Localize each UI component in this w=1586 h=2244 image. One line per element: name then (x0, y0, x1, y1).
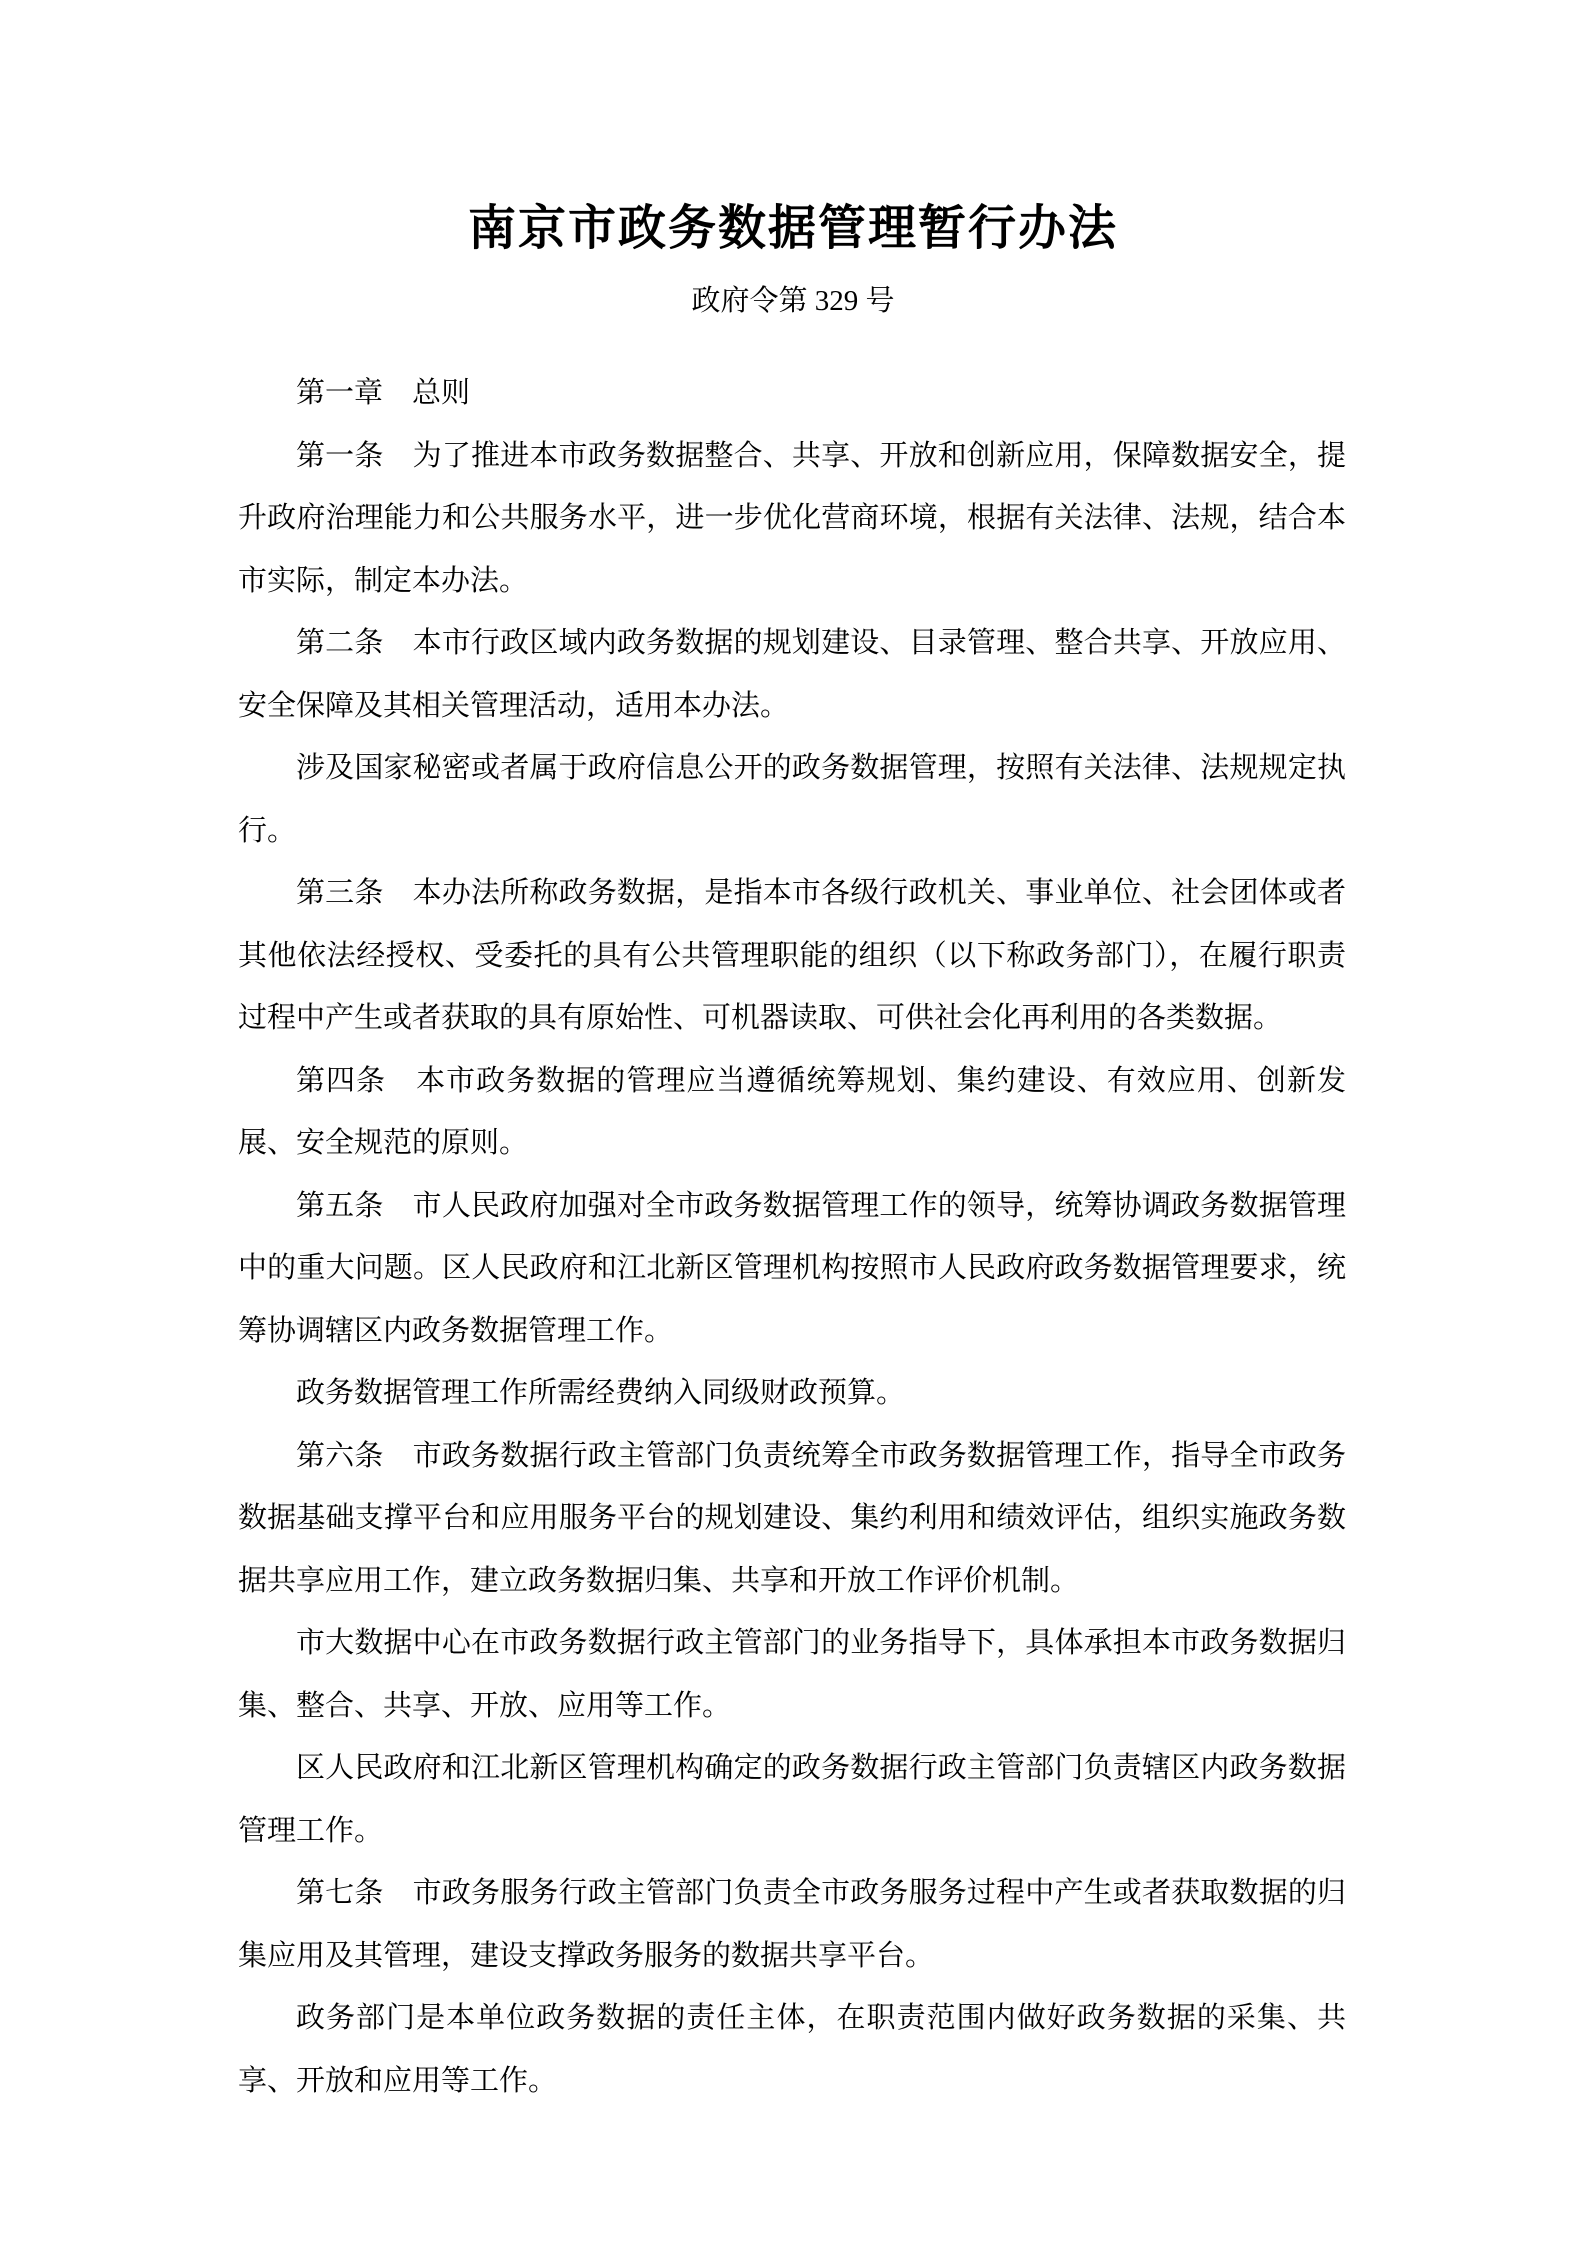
body-paragraph: 第五条 市人民政府加强对全市政务数据管理工作的领导，统筹协调政务数据管理中的重大… (238, 1175, 1346, 1363)
body-paragraph: 区人民政府和江北新区管理机构确定的政务数据行政主管部门负责辖区内政务数据管理工作… (238, 1737, 1346, 1862)
body-paragraph: 市大数据中心在市政务数据行政主管部门的业务指导下，具体承担本市政务数据归集、整合… (238, 1612, 1346, 1737)
body-paragraph: 第六条 市政务数据行政主管部门负责统筹全市政务数据管理工作，指导全市政务数据基础… (238, 1425, 1346, 1613)
body-paragraph: 第四条 本市政务数据的管理应当遵循统筹规划、集约建设、有效应用、创新发展、安全规… (238, 1050, 1346, 1175)
chapter-heading: 第一章 总则 (238, 362, 1346, 425)
body-paragraph: 第二条 本市行政区域内政务数据的规划建设、目录管理、整合共享、开放应用、安全保障… (238, 612, 1346, 737)
body-paragraph: 第三条 本办法所称政务数据，是指本市各级行政机关、事业单位、社会团体或者其他依法… (238, 862, 1346, 1050)
document-title: 南京市政务数据管理暂行办法 (0, 0, 1586, 258)
document-page: 南京市政务数据管理暂行办法 政府令第 329 号 第一章 总则第一条 为了推进本… (0, 0, 1586, 2244)
body-paragraph: 政务数据管理工作所需经费纳入同级财政预算。 (238, 1362, 1346, 1425)
body-paragraph: 涉及国家秘密或者属于政府信息公开的政务数据管理，按照有关法律、法规规定执行。 (238, 737, 1346, 862)
body-paragraph: 政务部门是本单位政务数据的责任主体，在职责范围内做好政务数据的采集、共享、开放和… (238, 1987, 1346, 2112)
body-paragraph: 第一条 为了推进本市政务数据整合、共享、开放和创新应用，保障数据安全，提升政府治… (238, 425, 1346, 613)
body-paragraph: 第七条 市政务服务行政主管部门负责全市政务服务过程中产生或者获取数据的归集应用及… (238, 1862, 1346, 1987)
document-body: 第一章 总则第一条 为了推进本市政务数据整合、共享、开放和创新应用，保障数据安全… (0, 362, 1586, 2112)
document-subtitle: 政府令第 329 号 (0, 284, 1586, 318)
